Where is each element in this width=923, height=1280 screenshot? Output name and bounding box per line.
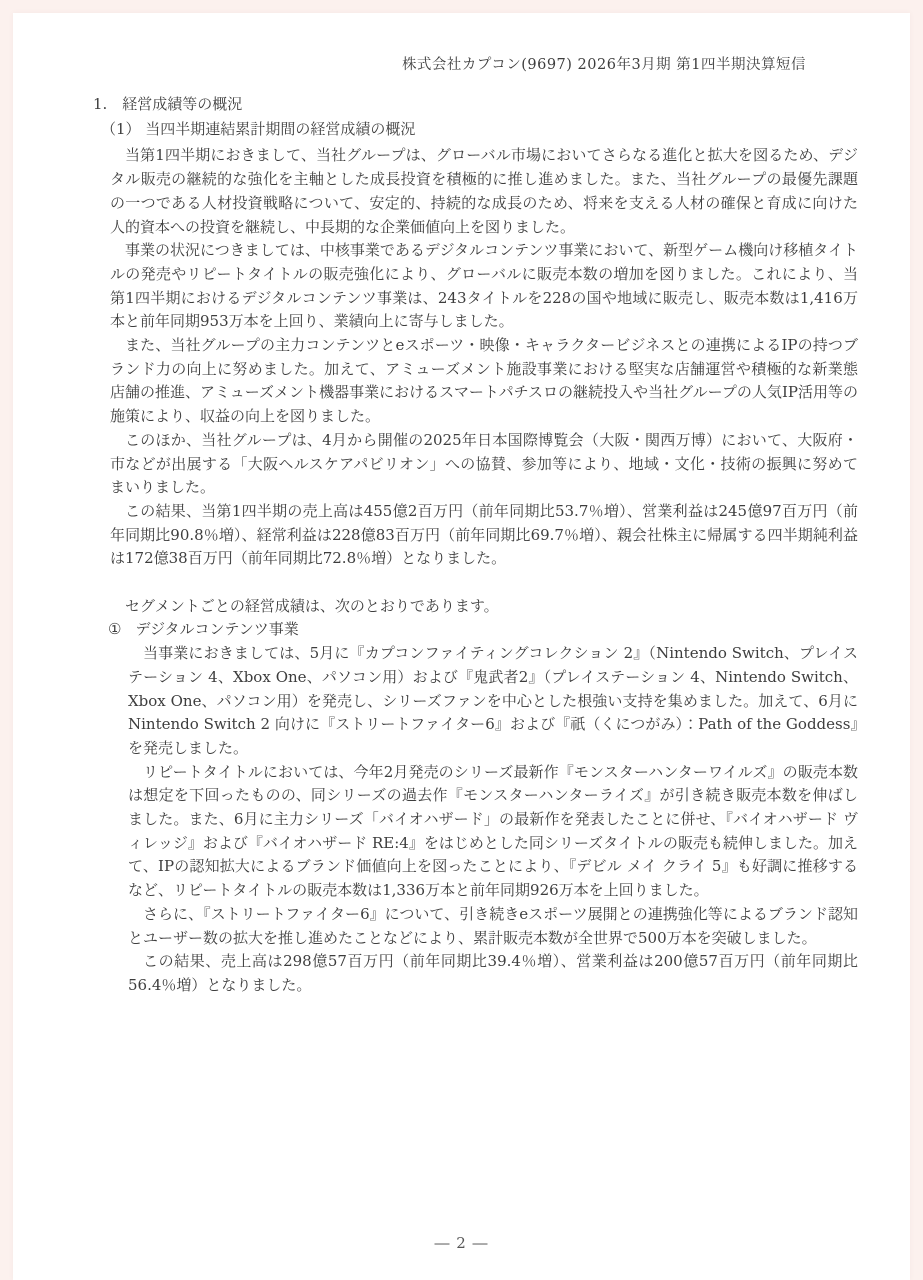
paragraph-overview-1: 当第1四半期におきまして、当社グループは、グローバル市場においてさらなる進化と拡… (110, 144, 858, 239)
segment1-number: ① (108, 618, 121, 642)
segment1-heading: ①デジタルコンテンツ事業 (108, 618, 858, 642)
subsection-heading: （1） 当四半期連結累計期間の経営成績の概況 (101, 118, 910, 142)
paragraph-overview-3: また、当社グループの主力コンテンツとeスポーツ・映像・キャラクタービジネスとの連… (110, 334, 858, 429)
paragraph-overview-4: このほか、当社グループは、4月から開催の2025年日本国際博覧会（大阪・関西万博… (110, 429, 858, 500)
document-page: 株式会社カプコン(9697) 2026年3月期 第1四半期決算短信 1. 経営成… (13, 13, 910, 1280)
segment1-title: デジタルコンテンツ事業 (135, 620, 298, 638)
paragraph-results-summary: この結果、当第1四半期の売上高は455億2百万円（前年同期比53.7％増）、営業… (110, 500, 858, 571)
segment1-paragraph-1: 当事業におきましては、5月に『カプコンファイティングコレクション 2』（Nint… (128, 642, 858, 761)
segment1-paragraph-4: この結果、売上高は298億57百万円（前年同期比39.4％増）、営業利益は200… (128, 950, 858, 997)
earnings-report-page: { "header": { "title": "株式会社カプコン(9697) 2… (0, 0, 923, 1280)
segment1-paragraph-3: さらに、『ストリートファイター6』について、引き続きeスポーツ展開との連携強化等… (128, 903, 858, 950)
page-number: ― 2 ― (13, 1234, 910, 1252)
segment-intro: セグメントごとの経営成績は、次のとおりであります。 (110, 595, 858, 619)
segment1-paragraph-2: リピートタイトルにおいては、今年2月発売のシリーズ最新作『モンスターハンターワイ… (128, 761, 858, 903)
paragraph-overview-2: 事業の状況につきましては、中核事業であるデジタルコンテンツ事業において、新型ゲー… (110, 239, 858, 334)
section-heading: 1. 経営成績等の概況 (93, 93, 910, 117)
document-header: 株式会社カプコン(9697) 2026年3月期 第1四半期決算短信 (13, 55, 910, 75)
